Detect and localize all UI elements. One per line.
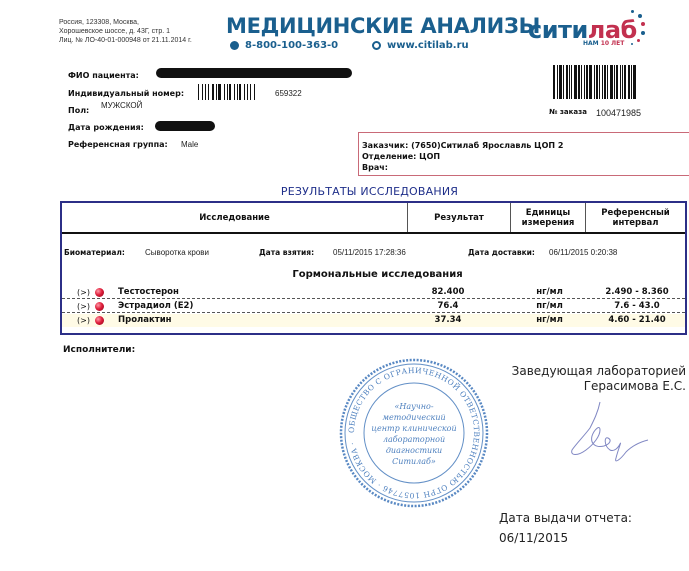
table-row: (>) Пролактин 37.34 нг/мл 4.60 - 21.40 (62, 314, 685, 327)
results-title: РЕЗУЛЬТАТЫ ИССЛЕДОВАНИЯ (0, 185, 689, 198)
website-link[interactable]: www.citilab.ru (387, 40, 469, 51)
globe-icon (372, 41, 381, 50)
signature-icon (560, 400, 670, 470)
taken-date-label: Дата взятия: (259, 248, 314, 257)
test-unit: пг/мл (512, 301, 587, 311)
patient-name-label: ФИО пациента: (68, 71, 139, 80)
dob-redacted (155, 121, 215, 131)
test-unit: нг/мл (512, 315, 587, 325)
alert-dot-icon (95, 316, 104, 325)
customer-line: Заказчик: (7650)Ситилаб Ярославль ЦОП 2 (362, 140, 686, 151)
patient-id-label: Индивидуальный номер: (68, 89, 184, 98)
taken-date-value: 05/11/2015 17:28:36 (333, 248, 406, 257)
stamp-line: методический (382, 413, 445, 422)
test-result: 37.34 (408, 315, 488, 325)
column-header-reference: Референсный интервал (586, 203, 685, 232)
stamp-line: Ситилаб» (392, 457, 436, 466)
biomaterial-value: Сыворотка крови (145, 248, 209, 257)
table-row: (>) Тестостерон 82.400 нг/мл 2.490 - 8.3… (62, 286, 685, 299)
website-block[interactable]: www.citilab.ru (372, 40, 469, 51)
phone-block: 8-800-100-363-0 (230, 40, 338, 51)
test-reference: 7.6 - 43.0 (589, 301, 685, 311)
dob-label: Дата рождения: (68, 123, 144, 132)
biomaterial-label: Биоматериал: (64, 248, 125, 257)
test-name: Тестостерон (118, 287, 179, 297)
test-unit: нг/мл (512, 287, 587, 297)
column-header-result: Результат (408, 203, 511, 232)
order-barcode (553, 65, 665, 99)
abnormal-flag: (>) (77, 316, 90, 325)
table-row: (>) Эстрадиол (E2) 76.4 пг/мл 7.6 - 43.0 (62, 300, 685, 313)
test-group-title: Гормональные исследования (62, 269, 685, 280)
address-line: Россия, 123308, Москва, (59, 18, 192, 27)
executors-label: Исполнители: (63, 345, 135, 355)
sex-label: Пол: (68, 106, 89, 115)
lab-head-title: Заведующая лабораторией (480, 364, 686, 379)
issue-date-block: Дата выдачи отчета: 06/11/2015 (499, 508, 632, 548)
test-reference: 4.60 - 21.40 (589, 315, 685, 325)
abnormal-flag: (>) (77, 288, 90, 297)
test-name: Пролактин (118, 315, 172, 325)
ref-group-value: Male (181, 140, 198, 149)
lab-stamp: ОБЩЕСТВО С ОГРАНИЧЕННОЙ ОТВЕТСТВЕННОСТЬЮ… (338, 357, 490, 509)
address-line: Хорошевское шоссе, д. 43Г, стр. 1 (59, 27, 192, 36)
table-header: Исследование Результат Единицы измерения… (62, 203, 685, 234)
sex-value: МУЖСКОЙ (101, 101, 142, 110)
delivery-date-label: Дата доставки: (468, 248, 535, 257)
test-result: 76.4 (408, 301, 488, 311)
sample-info-row: Биоматериал: Сыворотка крови Дата взятия… (62, 248, 685, 260)
lab-head-name: Герасимова Е.С. (480, 379, 686, 394)
test-name: Эстрадиол (E2) (118, 301, 193, 311)
stamp-line: лабораторной (383, 435, 445, 444)
stamp-line: «Научно- (394, 402, 433, 411)
logo-tagline: НАМ 10 ЛЕТ (583, 40, 624, 47)
alert-dot-icon (95, 288, 104, 297)
department-line: Отделение: ЦОП (362, 151, 686, 162)
results-table: Исследование Результат Единицы измерения… (60, 201, 687, 335)
phone-number: 8-800-100-363-0 (245, 40, 338, 51)
customer-box: Заказчик: (7650)Ситилаб Ярославль ЦОП 2 … (358, 132, 689, 176)
test-result: 82.400 (408, 287, 488, 297)
patient-name-redacted (156, 68, 352, 78)
order-number-value: 100471985 (596, 108, 641, 118)
alert-dot-icon (95, 302, 104, 311)
phone-icon (230, 41, 239, 50)
stamp-line: диагностики (386, 446, 442, 455)
abnormal-flag: (>) (77, 302, 90, 311)
license-line: Лиц. № ЛО-40-01-000948 от 21.11.2014 г. (59, 36, 192, 45)
doctor-line: Врач: (362, 162, 686, 173)
patient-id-barcode (198, 84, 256, 100)
delivery-date-value: 06/11/2015 0:20:38 (549, 248, 617, 257)
brand-title: МЕДИЦИНСКИЕ АНАЛИЗЫ (226, 14, 540, 38)
issue-date-value: 06/11/2015 (499, 528, 632, 548)
stamp-line: центр клинической (371, 424, 456, 433)
issue-date-label: Дата выдачи отчета: (499, 508, 632, 528)
logo-dots-icon (629, 10, 645, 45)
order-number-label: № заказа (549, 108, 587, 116)
test-reference: 2.490 - 8.360 (589, 287, 685, 297)
patient-id-value: 659322 (275, 89, 302, 98)
lab-address: Россия, 123308, Москва, Хорошевское шосс… (59, 18, 192, 45)
column-header-test: Исследование (62, 203, 408, 232)
column-header-units: Единицы измерения (511, 203, 586, 232)
lab-head-block: Заведующая лабораторией Герасимова Е.С. (480, 364, 686, 394)
ref-group-label: Референсная группа: (68, 140, 168, 149)
